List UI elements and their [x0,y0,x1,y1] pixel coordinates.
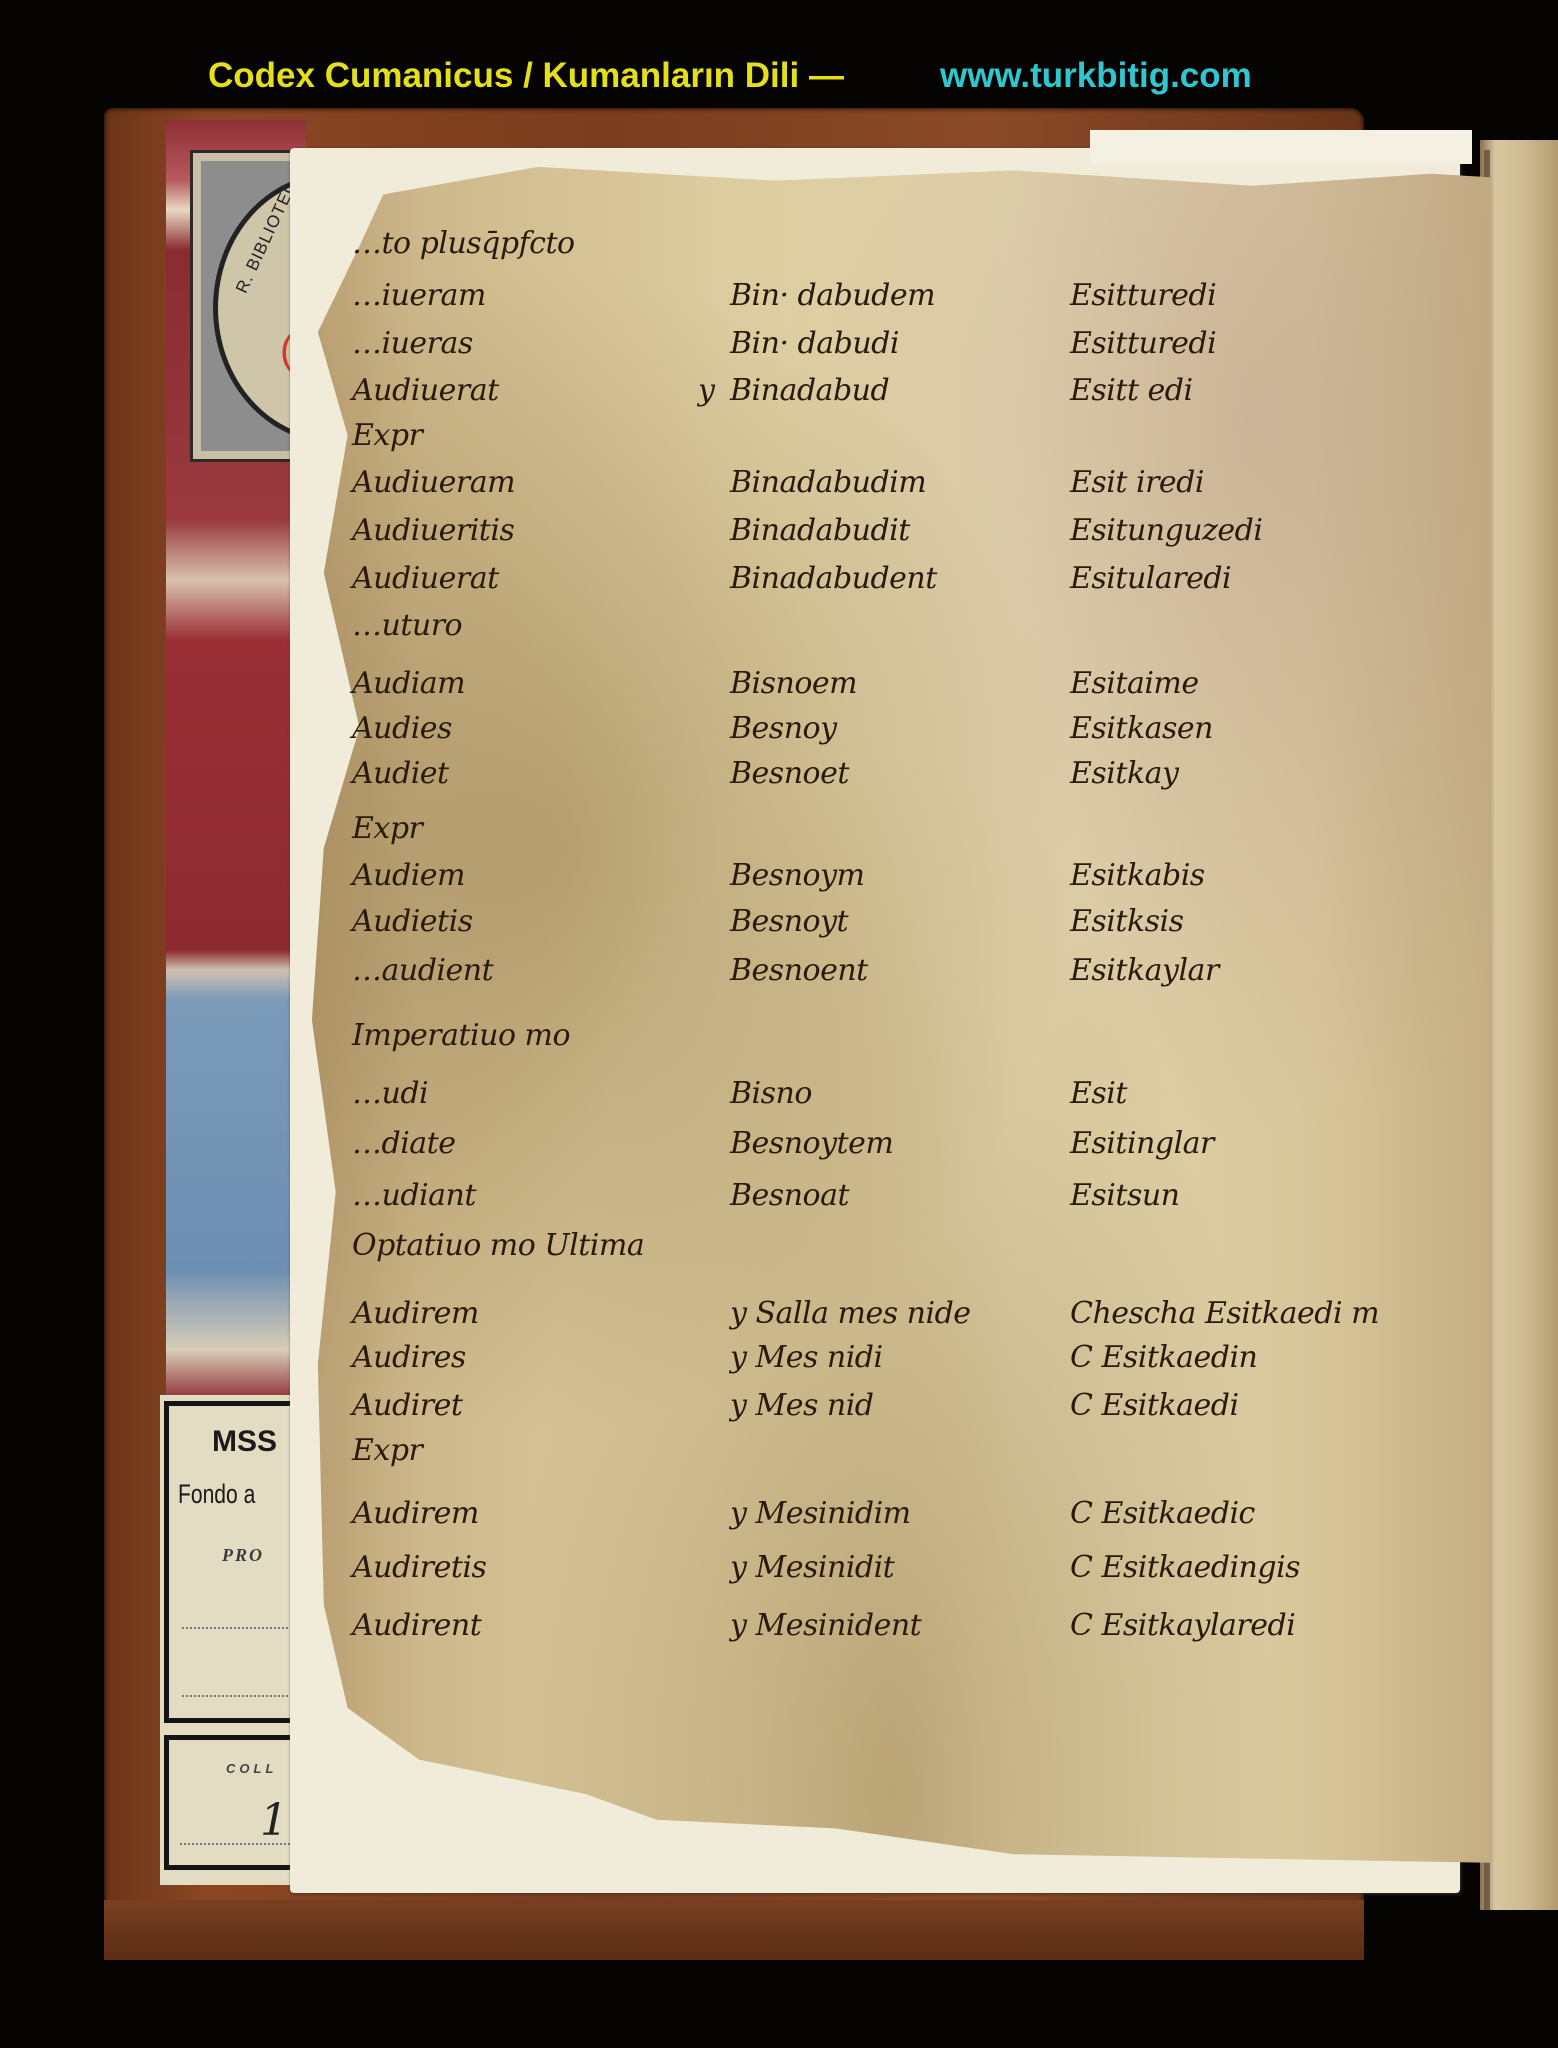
book-cover-bottom-edge [104,1900,1364,1960]
latin-word: Audirem [352,1296,479,1331]
persian-word: y Mesinident [730,1608,921,1643]
persian-word: Binadabud [730,373,889,408]
latin-word: Audiueram [352,465,515,500]
persian-word: y Mes nid [730,1388,874,1423]
persian-word: y Salla mes nide [730,1296,971,1331]
cuman-word: C Esitkaedi [1070,1388,1239,1423]
latin-word: …to plusq̄pfcto [352,226,575,261]
line-marker: y [698,373,714,408]
latin-word: …audient [352,953,493,988]
latin-word: Audiret [352,1388,462,1423]
cuman-word: Esitturedi [1070,278,1216,313]
latin-word: …udiant [352,1178,476,1213]
cuman-word: Esitt edi [1070,373,1193,408]
latin-word: Audires [352,1340,466,1375]
latin-word: …iueras [352,326,473,361]
label-collocation: COLL [226,1761,277,1776]
latin-word: Expr [352,811,422,846]
latin-word: …uturo [352,608,462,643]
persian-word: y Mesinidim [730,1496,911,1531]
latin-word: Audies [352,711,452,746]
cuman-word: Esitularedi [1070,561,1231,596]
latin-word: Audirem [352,1496,479,1531]
persian-word: Besnoytem [730,1126,893,1161]
persian-word: y Mesinidit [730,1550,894,1585]
cuman-word: Esitinglar [1070,1126,1214,1161]
cuman-word: Esitsun [1070,1178,1179,1213]
cuman-word: Esitunguzedi [1070,513,1262,548]
cuman-word: Esitkaylar [1070,953,1219,988]
persian-word: Besnoy [730,711,837,746]
label-fondo: Fondo a [178,1479,255,1510]
latin-word: Audirent [352,1608,481,1643]
cuman-word: Esitturedi [1070,326,1216,361]
persian-word: Besnoat [730,1178,849,1213]
label-number: 1 [260,1795,288,1846]
cuman-word: Chescha Esitkaedi m [1070,1296,1379,1331]
persian-word: Besnoent [730,953,868,988]
cuman-word: Esitaime [1070,666,1199,701]
banner-title: Codex Cumanicus / Kumanların Dili — [208,56,844,96]
label-provenance: PRO [222,1545,264,1566]
latin-word: Audiuerat [352,561,499,596]
latin-word: Audiuerat [352,373,499,408]
catalog-label: MSS Fondo a PRO COLL 1 [160,1395,300,1885]
latin-word: …diate [352,1126,456,1161]
label-heading: MSS [212,1425,277,1459]
latin-word: Audiem [352,858,465,893]
latin-word: Optatiuo mo Ultima [352,1228,644,1263]
right-page-edges [1480,140,1558,1910]
latin-word: …iueram [352,278,486,313]
persian-word: Besnoym [730,858,864,893]
latin-word: Expr [352,1433,422,1468]
persian-word: Binadabudit [730,513,910,548]
cuman-word: C Esitkaedin [1070,1340,1257,1375]
label-dotted-line [182,1627,300,1629]
cuman-word: C Esitkaedic [1070,1496,1255,1531]
persian-word: Bin· dabudem [730,278,935,313]
cuman-word: Esit [1070,1076,1127,1111]
cuman-word: Esitkay [1070,756,1178,791]
label-dotted-line [182,1695,300,1697]
persian-word: Binadabudim [730,465,926,500]
latin-word: …udi [352,1076,428,1111]
persian-word: Bisnoem [730,666,857,701]
latin-word: Audiet [352,756,449,791]
banner-url[interactable]: www.turkbitig.com [940,56,1252,96]
cuman-word: C Esitkaylaredi [1070,1608,1295,1643]
latin-word: Imperatiuo mo [352,1018,570,1053]
label-dotted-line [180,1843,298,1845]
cuman-word: Esit iredi [1070,465,1204,500]
persian-word: Besnoyt [730,904,848,939]
latin-word: Audiueritis [352,513,514,548]
guard-sheet-top [1090,130,1472,164]
latin-word: Audiretis [352,1550,486,1585]
persian-word: Bin· dabudi [730,326,899,361]
latin-word: Audiam [352,666,465,701]
persian-word: Besnoet [730,756,849,791]
cuman-word: Esitksis [1070,904,1184,939]
persian-word: Bisno [730,1076,812,1111]
latin-word: Expr [352,418,422,453]
cuman-word: Esitkabis [1070,858,1205,893]
persian-word: Binadabudent [730,561,937,596]
latin-word: Audietis [352,904,473,939]
cuman-word: C Esitkaedingis [1070,1550,1300,1585]
cuman-word: Esitkasen [1070,711,1213,746]
persian-word: y Mes nidi [730,1340,883,1375]
